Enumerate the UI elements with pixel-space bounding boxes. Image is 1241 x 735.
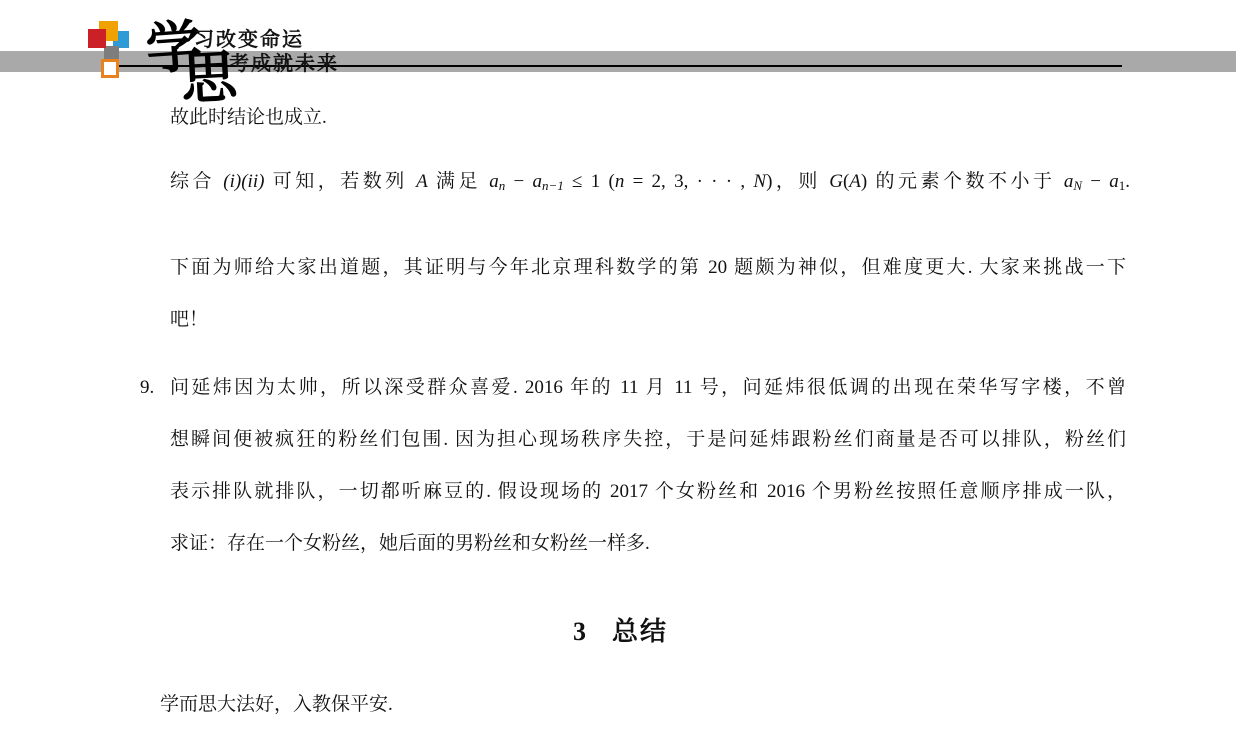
paragraph-summary-math: 综合 (i)(ii) 可知，若数列 A 满足 an − an−1 ≤ 1 (n … xyxy=(170,166,1130,202)
closing-line: 学而思大法好，入教保平安. xyxy=(160,690,393,720)
problem-line-3: 表示排队就排队，一切都听麻豆的. 假设现场的 2017 个女粉丝和 2016 个… xyxy=(170,466,1126,518)
section-heading: 3总结 xyxy=(0,612,1241,652)
paragraph-challenge-line1: 下面为师给大家出道题，其证明与今年北京理科数学的第 20 题颇为神似，但难度更大… xyxy=(170,242,1126,294)
problem-number: 9. xyxy=(140,362,154,414)
problem-line-2: 想瞬间便被疯狂的粉丝们包围. 因为担心现场秩序失控，于是问延炜跟粉丝们商量是否可… xyxy=(170,414,1126,466)
paragraph-challenge: 下面为师给大家出道题，其证明与今年北京理科数学的第 20 题颇为神似，但难度更大… xyxy=(170,242,1126,346)
problem-line-4: 求证：存在一个女粉丝，她后面的男粉丝和女粉丝一样多. xyxy=(170,518,1126,570)
logo-slogan-line2: 考成就未来 xyxy=(229,54,339,74)
section-number: 3 xyxy=(573,617,586,646)
logo-slogan-line1: 习改变命运 xyxy=(194,30,304,50)
document-page: 学 思 习改变命运 考成就未来 故此时结论也成立. 综合 (i)(ii) 可知，… xyxy=(0,0,1241,735)
problem-statement: 问延炜因为太帅，所以深受群众喜爱. 2016 年的 11 月 11 号，问延炜很… xyxy=(170,362,1126,570)
problem-line-1: 问延炜因为太帅，所以深受群众喜爱. 2016 年的 11 月 11 号，问延炜很… xyxy=(170,362,1126,414)
section-title: 总结 xyxy=(612,617,668,646)
logo-square-outline xyxy=(101,59,119,78)
paragraph-challenge-line2: 吧！ xyxy=(170,294,1126,346)
logo-square-red xyxy=(88,29,106,48)
